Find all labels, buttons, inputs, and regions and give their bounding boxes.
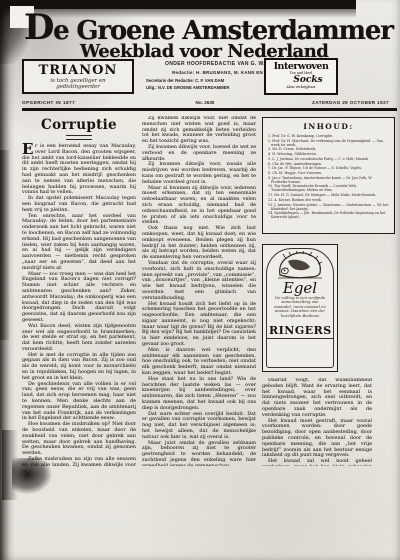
- article-paragraph: Vandaar dat de corruptie, overal waar zi…: [142, 261, 256, 302]
- contents-item: 12. A. Kernst, Boeken der week.: [268, 198, 389, 202]
- contents-box: INHOUD: 1. Prof. Dr. G. W. Kernkamp, Cor…: [262, 117, 395, 234]
- contents-item: 9. Jan v. Tantenburg, Amsterdamsche kuns…: [268, 176, 389, 184]
- contents-item: 14. Sprokkelingen — Joh. Braakensiek, De…: [268, 211, 389, 219]
- article-paragraph: Hoe kwamen die misbruiken op? Niet door …: [22, 422, 136, 457]
- contents-list: 1. Prof. Dr. G. W. Kernkamp, Corruptie. …: [268, 134, 389, 220]
- contents-item: 7. Dr. Jac. P. Thijsse, Uit de Natuur — …: [268, 166, 389, 170]
- contents-item: 8. Ch. M. Hugge, Voor Vrouwen.: [268, 171, 389, 175]
- article-paragraph: Ook thans nog niet. Wie zich laat omkoop…: [142, 226, 256, 261]
- article-paragraph: Zij kwamen dikwijls voor, hoewel de wet …: [142, 145, 256, 162]
- article-paragraph: Zij kwamen dikwijls voor, niet omdat de …: [142, 116, 256, 145]
- newspaper-page: De Groene Amsterdammer Weekblad voor Ned…: [0, 0, 400, 560]
- article-paragraph: Men is daarom wel verplicht, den ambtena…: [142, 348, 256, 377]
- interwoven-ad-box: Interwoven Toe and Heel Socks Alom verkr…: [264, 58, 338, 95]
- top-black-bar: [0, 0, 356, 9]
- article-column-2: Zij kwamen dikwijls voor, niet omdat de …: [142, 116, 256, 466]
- article-paragraph: Hoe staat het nu in ons land? Wie de ber…: [142, 377, 256, 412]
- title-initial: D: [24, 7, 53, 48]
- header-rule: [22, 108, 397, 111]
- article-paragraph: Wat Bacon deed, wisten zijn tijdgenooten…: [22, 324, 136, 353]
- ringers-ad-copy: De vulling is een verfijnde samensmeltin…: [267, 295, 333, 319]
- date-label: ZATERDAG 29 OCTOBER 1927: [312, 100, 389, 105]
- hedgehog-illustration: [274, 251, 326, 281]
- contents-item: 3. Mr. D. Crena, Schetsboek.: [268, 147, 389, 151]
- contents-item: 4. H. Wiessing, Gildebrieven.: [268, 152, 389, 156]
- publisher-label: Uitg.: N.V. DE GROENE AMSTERDAMMER: [146, 85, 229, 90]
- article-paragraph: Het kwaad moet gestraft, maar vooral voo…: [262, 419, 372, 460]
- trianon-ad-tagline-2: gedistingeerder: [24, 84, 132, 90]
- interwoven-note: Alom verkrijgbaar: [266, 85, 336, 89]
- trianon-ad-box: TRIANON is toch gezelliger en gedistinge…: [22, 59, 134, 94]
- contents-item: 6. Chr. de Wet, Aanteekeningen.: [268, 162, 389, 166]
- article-paragraph: Ten onrechte, naar het oordeel van Macau…: [22, 214, 136, 272]
- article-headline: Corruptie: [22, 117, 136, 133]
- article-paragraph: Het kwaad zal wel nooit geheel verdwijne…: [262, 459, 372, 466]
- article-column-3: Daaruit volgt, dat waakzaamheid geboden …: [262, 378, 372, 466]
- contents-item: 5. L. J. Jordaan, De socialistische Part…: [268, 157, 389, 161]
- article-paragraph: Er is een beroemd essay van Macaulay, ov…: [22, 144, 136, 196]
- article-paragraph: Maar juist omdat de gevallen zeldzaam zi…: [142, 441, 256, 466]
- article-paragraph: In dat opstel polemiseert Macaulay tegen…: [22, 196, 136, 213]
- trianon-ad-name: TRIANON: [24, 63, 132, 78]
- secretary-label: Secretaris der Redactie: C. F. VAN DAM: [146, 78, 224, 83]
- issue-number: No. 2630: [165, 100, 245, 105]
- contents-item: 11. Mr. H. G. Samuel, De Stempen — Mela …: [268, 193, 389, 197]
- article-paragraph: Het kwaad houdt zich het liefst op in de…: [142, 302, 256, 348]
- ringers-ad-box: Egel De vulling is een verfijnde samensm…: [262, 244, 338, 372]
- scan-streak-left: [0, 150, 13, 340]
- headline-divider: [66, 135, 92, 140]
- contents-item: 13. J. Arntzen, Nieuwe poëzie — Charivar…: [268, 203, 389, 211]
- interwoven-product: Socks: [280, 76, 336, 84]
- scan-streak-bottom-left: [2, 430, 18, 500]
- ringers-product-name: Egel: [267, 281, 333, 295]
- ringers-brand: RINGERS: [267, 324, 334, 339]
- masthead: De Groene Amsterdammer Weekblad voor Ned…: [24, 10, 368, 61]
- article-paragraph: Zij kwamen dikwijls voor, zooals alle mi…: [142, 162, 256, 185]
- article-paragraph: Maar — zoo vroeg men — was dan heel het …: [22, 272, 136, 324]
- article-paragraph: Maar al kwamen zij dikwijls voor, iedere…: [142, 186, 256, 227]
- contents-item: 10. Top Naeff, Dramatische Kroniek — Cor…: [268, 184, 389, 192]
- article-paragraph: Daaruit volgt, dat waakzaamheid geboden …: [262, 378, 372, 419]
- contents-title: INHOUD:: [268, 122, 389, 131]
- newspaper-title: De Groene Amsterdammer: [24, 10, 368, 45]
- paragraph-text: r is een beroemd essay van Macaulay, ove…: [22, 143, 136, 195]
- article-paragraph: Dat ware echter een overijld besluit. Da…: [142, 412, 256, 441]
- article-paragraph: Het is met de corruptie in alle tijden z…: [22, 353, 136, 382]
- article-paragraph: De geschiedenis van alle volken is er vo…: [22, 382, 136, 423]
- scan-blotch-bottom-left: [12, 458, 52, 494]
- contents-item: 1. Prof. Dr. G. W. Kernkamp, Corruptie.: [268, 134, 389, 138]
- article-column-1: Corruptie Er is een beroemd essay van Ma…: [22, 116, 136, 478]
- founded-label: OPGERICHT IN 1877: [22, 100, 75, 105]
- contents-item: 2. Prof. Dr. H. Marchant, De verkiezing …: [268, 139, 389, 147]
- ringers-ad-frame: Egel De vulling is een verfijnde samensm…: [266, 248, 334, 368]
